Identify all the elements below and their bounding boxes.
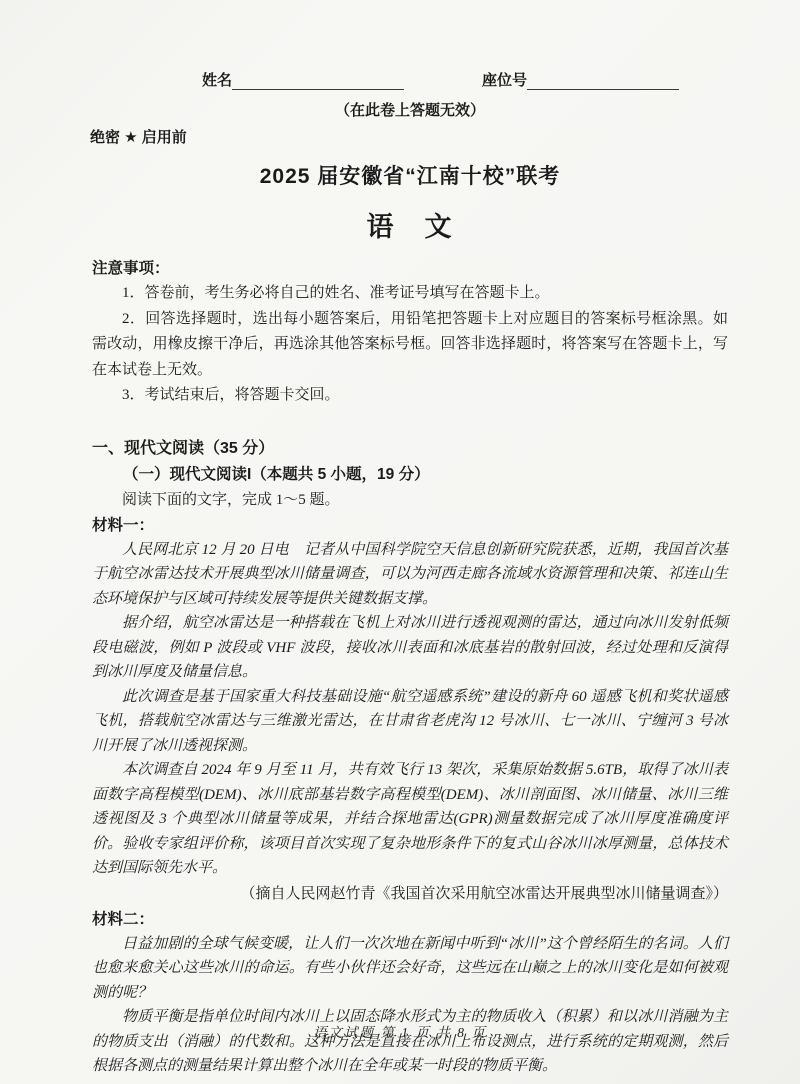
candidate-info-row: 姓名座位号 [202, 70, 728, 90]
notice-item-3: 3．考试结束后，将答题卡交回。 [92, 383, 728, 409]
material1-citation: （摘自人民网赵竹青《我国首次采用航空冰雷达开展典型冰川储量调查》） [92, 882, 728, 907]
material1-paragraph-4: 本次调查自 2024 年 9 月至 11 月，共有效飞行 13 架次，采集原始数… [92, 758, 728, 881]
notice-item-2: 2．回答选择题时，选出每小题答案后，用铅笔把答题卡上对应题目的答案标号框涂黑。如… [92, 307, 728, 384]
material1-label: 材料一： [92, 514, 728, 538]
secrecy-label: 绝密 ★ 启用前 [90, 126, 728, 147]
reading-instruction: 阅读下面的文字，完成 1～5 题。 [92, 488, 728, 513]
material1-paragraph-1: 人民网北京 12 月 20 日电 记者从中国科学院空天信息创新研究院获悉，近期，… [92, 538, 728, 612]
material2-body: 日益加剧的全球气候变暖，让人们一次次地在新闻中听到“冰川”这个曾经陌生的名词。人… [92, 932, 728, 1079]
material1-paragraph-3: 此次调查是基于国家重大科技基础设施“航空遥感系统”建设的新舟 60 遥感飞机和奖… [92, 685, 728, 759]
notice-title: 注意事项： [92, 256, 728, 281]
material1-body: 人民网北京 12 月 20 日电 记者从中国科学院空天信息创新研究院获悉，近期，… [92, 538, 728, 881]
name-blank-line [232, 74, 404, 90]
notice-item-1: 1．答卷前，考生务必将自己的姓名、准考证号填写在答题卡上。 [92, 281, 728, 307]
subject-title: 语 文 [92, 205, 728, 244]
section-heading: 一、现代文阅读（35 分） [92, 436, 728, 462]
page-footer: 语文试题 第 1 页 共 8 页 [0, 1021, 800, 1041]
name-label: 姓名 [202, 69, 232, 90]
seat-number-label: 座位号 [482, 69, 527, 90]
material2-paragraph-2: 物质平衡是指单位时间内冰川上以固态降水形式为主的物质收入（积累）和以冰川消融为主… [92, 1005, 728, 1079]
material2-paragraph-1: 日益加剧的全球气候变暖，让人们一次次地在新闻中听到“冰川”这个曾经陌生的名词。人… [92, 932, 728, 1006]
exam-title: 2025 届安徽省“江南十校”联考 [92, 160, 728, 190]
seat-number-blank-line [527, 74, 679, 90]
answer-invalid-note: （在此卷上答题无效） [92, 99, 728, 120]
material2-label: 材料二： [92, 908, 728, 932]
exam-paper-page: 姓名座位号 （在此卷上答题无效） 绝密 ★ 启用前 2025 届安徽省“江南十校… [0, 0, 800, 1084]
notice-section: 注意事项： 1．答卷前，考生务必将自己的姓名、准考证号填写在答题卡上。 2．回答… [92, 256, 728, 409]
material1-paragraph-2: 据介绍，航空冰雷达是一种搭载在飞机上对冰川进行透视观测的雷达，通过向冰川发射低频… [92, 611, 728, 685]
section-subheading: （一）现代文阅读I（本题共 5 小题，19 分） [92, 462, 728, 488]
